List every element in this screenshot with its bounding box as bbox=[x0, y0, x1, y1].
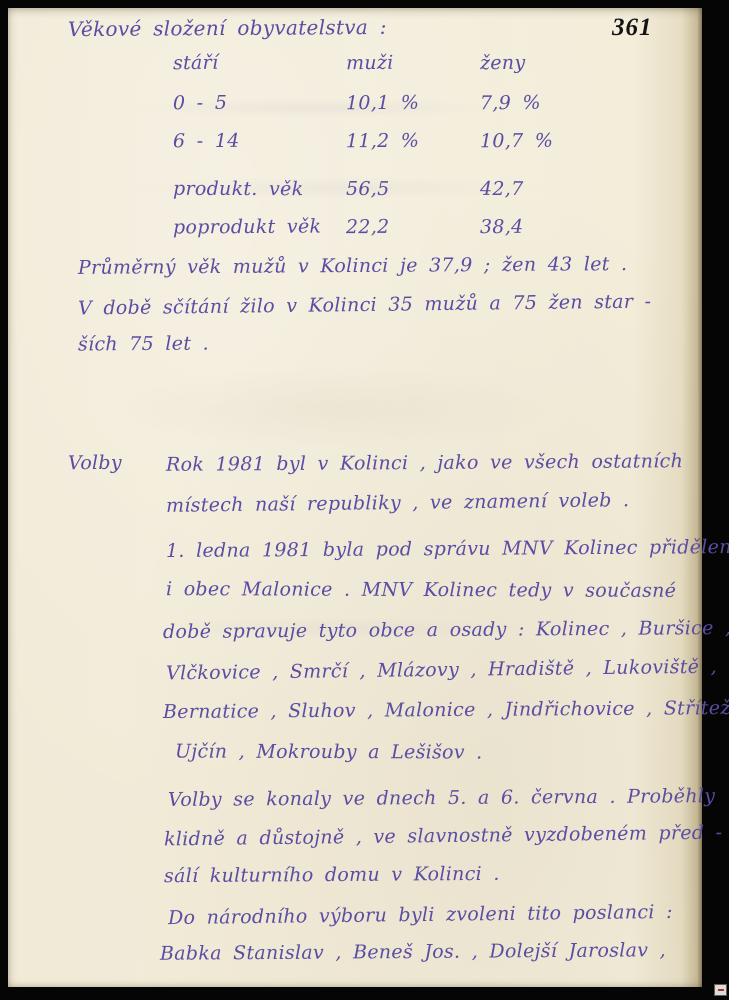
text-line: Vlčkovice , Smrčí , Mlázovy , Hradiště ,… bbox=[166, 656, 717, 685]
col-header-men: muži bbox=[346, 52, 394, 75]
col-header-women: ženy bbox=[480, 52, 526, 75]
summary-line: ších 75 let . bbox=[78, 333, 209, 356]
women-cell: 38,4 bbox=[480, 216, 524, 238]
age-cell: poprodukt věk bbox=[173, 215, 321, 238]
women-cell: 7,9 % bbox=[480, 92, 541, 114]
text-line: 1. ledna 1981 byla pod správu MNV Koline… bbox=[166, 536, 729, 562]
scanned-chronicle-page: Věkové složení obyvatelstva : 361 stáří … bbox=[0, 0, 729, 1000]
page-number: 361 bbox=[612, 14, 653, 42]
summary-line: V době sčítání žilo v Kolinci 35 mužů a … bbox=[78, 290, 652, 319]
paper-sheet: Věkové složení obyvatelstva : 361 stáří … bbox=[8, 8, 702, 987]
men-cell: 56,5 bbox=[346, 178, 390, 200]
text-line: Rok 1981 byl v Kolinci , jako ve všech o… bbox=[166, 450, 683, 476]
text-line: klidně a důstojně , ve slavnostně vyzdob… bbox=[164, 822, 723, 851]
text-line: Volby se konaly ve dnech 5. a 6. června … bbox=[168, 785, 715, 811]
age-cell: 6 - 14 bbox=[173, 130, 240, 152]
age-cell: produkt. věk bbox=[173, 178, 303, 200]
text-line: místech naší republiky , ve znamení vole… bbox=[166, 489, 630, 517]
page-heading: Věkové složení obyvatelstva : bbox=[68, 15, 387, 41]
text-line: i obec Malonice . MNV Kolinec tedy v sou… bbox=[166, 578, 676, 602]
summary-line: Průměrný věk mužů v Kolinci je 37,9 ; že… bbox=[78, 253, 627, 279]
women-cell: 42,7 bbox=[480, 178, 524, 200]
text-line: sálí kulturního domu v Kolinci . bbox=[164, 863, 500, 887]
men-cell: 10,1 % bbox=[346, 92, 419, 115]
women-cell: 10,7 % bbox=[480, 130, 553, 153]
age-cell: 0 - 5 bbox=[173, 92, 227, 114]
col-header-age: stáří bbox=[173, 52, 219, 75]
men-cell: 11,2 % bbox=[346, 130, 419, 153]
text-line: Babka Stanislav , Beneš Jos. , Dolejší J… bbox=[160, 939, 666, 965]
text-line: Do národního výboru byli zvoleni tito po… bbox=[168, 901, 673, 929]
text-line: Ujčín , Mokrouby a Lešišov . bbox=[175, 740, 483, 763]
text-line: době spravuje tyto obce a osady : Koline… bbox=[163, 617, 729, 643]
volby-section-label: Volby bbox=[68, 452, 122, 474]
minimize-dash-glyph bbox=[718, 989, 724, 991]
men-cell: 22,2 bbox=[346, 216, 390, 238]
text-line: Bernatice , Sluhov , Malonice , Jindřich… bbox=[163, 697, 729, 723]
minimize-icon[interactable] bbox=[714, 984, 727, 996]
